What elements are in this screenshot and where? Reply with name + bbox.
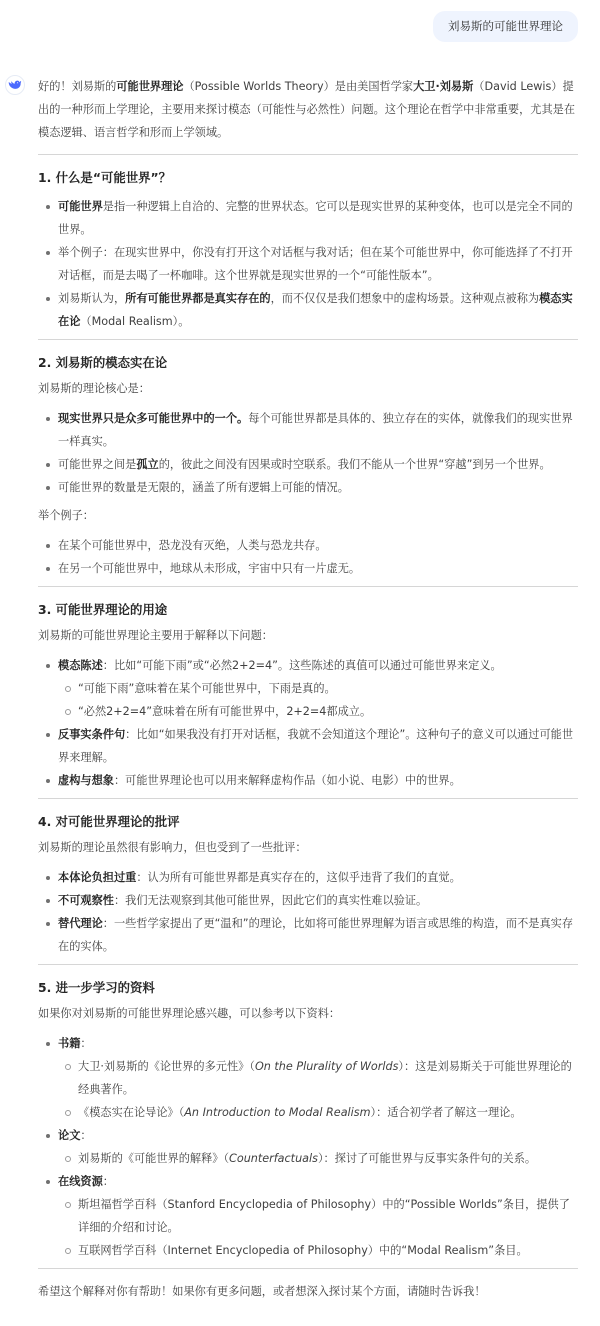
sub-list-item: “可能下雨”意味着在某个可能世界中，下雨是真的。 bbox=[58, 677, 578, 700]
list-item-papers: 论文： 刘易斯的《可能世界的解释》（Counterfactuals）：探讨了可能… bbox=[38, 1124, 578, 1170]
divider bbox=[38, 154, 578, 155]
sub-list-item: 刘易斯的《可能世界的解释》（Counterfactuals）：探讨了可能世界与反… bbox=[58, 1147, 578, 1170]
sub-list-item: “必然2+2=4”意味着在所有可能世界中，2+2=4都成立。 bbox=[58, 700, 578, 723]
list-item: 刘易斯认为，所有可能世界都是真实存在的，而不仅仅是我们想象中的虚构场景。这种观点… bbox=[38, 287, 578, 333]
list-item: 可能世界之间是孤立的，彼此之间没有因果或时空联系。我们不能从一个世界“穿越”到另… bbox=[38, 453, 578, 476]
section-what-is-possible-world: 1. 什么是“可能世界”？ 可能世界是指一种逻辑上自洽的、完整的世界状态。它可以… bbox=[38, 169, 578, 333]
section-heading: 3. 可能世界理论的用途 bbox=[38, 601, 578, 619]
user-message-row: 刘易斯的可能世界理论 bbox=[433, 11, 578, 42]
sub-list-item: 《模态实在论导论》（An Introduction to Modal Reali… bbox=[58, 1101, 578, 1124]
assistant-avatar bbox=[5, 75, 25, 95]
section-further-reading: 5. 进一步学习的资料 如果你对刘易斯的可能世界理论感兴趣，可以参考以下资料： … bbox=[38, 979, 578, 1262]
section-lead: 如果你对刘易斯的可能世界理论感兴趣，可以参考以下资料： bbox=[38, 1005, 578, 1023]
intro-paragraph: 好的！刘易斯的可能世界理论（Possible Worlds Theory）是由美… bbox=[38, 75, 578, 144]
section-lead: 刘易斯的理论虽然很有影响力，但也受到了一些批评： bbox=[38, 839, 578, 857]
section-heading: 4. 对可能世界理论的批评 bbox=[38, 813, 578, 831]
list-item: 替代理论：一些哲学家提出了更“温和”的理论，比如将可能世界理解为语言或思维的构造… bbox=[38, 912, 578, 958]
section-heading: 2. 刘易斯的模态实在论 bbox=[38, 354, 578, 372]
list-item-books: 书籍： 大卫·刘易斯的《论世界的多元性》（On the Plurality of… bbox=[38, 1032, 578, 1124]
sub-list-item: 互联网哲学百科（Internet Encyclopedia of Philoso… bbox=[58, 1239, 578, 1262]
divider bbox=[38, 339, 578, 340]
sub-list-item: 大卫·刘易斯的《论世界的多元性》（On the Plurality of Wor… bbox=[58, 1055, 578, 1101]
list-item: 虚构与想象：可能世界理论也可以用来解释虚构作品（如小说、电影）中的世界。 bbox=[38, 769, 578, 792]
section-uses: 3. 可能世界理论的用途 刘易斯的可能世界理论主要用于解释以下问题： 模态陈述：… bbox=[38, 601, 578, 792]
whale-logo-icon bbox=[8, 79, 22, 91]
sub-list-item: 斯坦福哲学百科（Stanford Encyclopedia of Philoso… bbox=[58, 1193, 578, 1239]
closing-paragraph: 希望这个解释对你有帮助！如果你有更多问题，或者想深入探讨某个方面，请随时告诉我！ bbox=[38, 1283, 578, 1301]
list-item: 本体论负担过重：认为所有可能世界都是真实存在的，这似乎违背了我们的直觉。 bbox=[38, 866, 578, 889]
list-item: 反事实条件句：比如“如果我没有打开对话框，我就不会知道这个理论”。这种句子的意义… bbox=[38, 723, 578, 769]
list-item-online: 在线资源： 斯坦福哲学百科（Stanford Encyclopedia of P… bbox=[38, 1170, 578, 1262]
divider bbox=[38, 964, 578, 965]
section-lead: 刘易斯的理论核心是： bbox=[38, 380, 578, 398]
section-criticism: 4. 对可能世界理论的批评 刘易斯的理论虽然很有影响力，但也受到了一些批评： 本… bbox=[38, 813, 578, 958]
list-item: 在另一个可能世界中，地球从未形成，宇宙中只有一片虚无。 bbox=[38, 557, 578, 580]
list-item: 举个例子：在现实世界中，你没有打开这个对话框与我对话；但在某个可能世界中，你可能… bbox=[38, 241, 578, 287]
list-item: 在某个可能世界中，恐龙没有灭绝，人类与恐龙共存。 bbox=[38, 534, 578, 557]
list-item: 模态陈述：比如“可能下雨”或“必然2+2=4”。这些陈述的真值可以通过可能世界来… bbox=[38, 654, 578, 723]
list-item: 可能世界的数量是无限的，涵盖了所有逻辑上可能的情况。 bbox=[38, 476, 578, 499]
example-lead: 举个例子： bbox=[38, 507, 578, 525]
section-lead: 刘易斯的可能世界理论主要用于解释以下问题： bbox=[38, 627, 578, 645]
divider bbox=[38, 798, 578, 799]
divider bbox=[38, 1268, 578, 1269]
section-heading: 5. 进一步学习的资料 bbox=[38, 979, 578, 997]
list-item: 不可观察性：我们无法观察到其他可能世界，因此它们的真实性难以验证。 bbox=[38, 889, 578, 912]
assistant-message: 好的！刘易斯的可能世界理论（Possible Worlds Theory）是由美… bbox=[38, 75, 578, 1301]
list-item: 可能世界是指一种逻辑上自洽的、完整的世界状态。它可以是现实世界的某种变体，也可以… bbox=[38, 195, 578, 241]
section-heading: 1. 什么是“可能世界”？ bbox=[38, 169, 578, 187]
user-message-bubble: 刘易斯的可能世界理论 bbox=[433, 11, 578, 42]
divider bbox=[38, 586, 578, 587]
section-modal-realism: 2. 刘易斯的模态实在论 刘易斯的理论核心是： 现实世界只是众多可能世界中的一个… bbox=[38, 354, 578, 580]
list-item: 现实世界只是众多可能世界中的一个。每个可能世界都是具体的、独立存在的实体，就像我… bbox=[38, 407, 578, 453]
